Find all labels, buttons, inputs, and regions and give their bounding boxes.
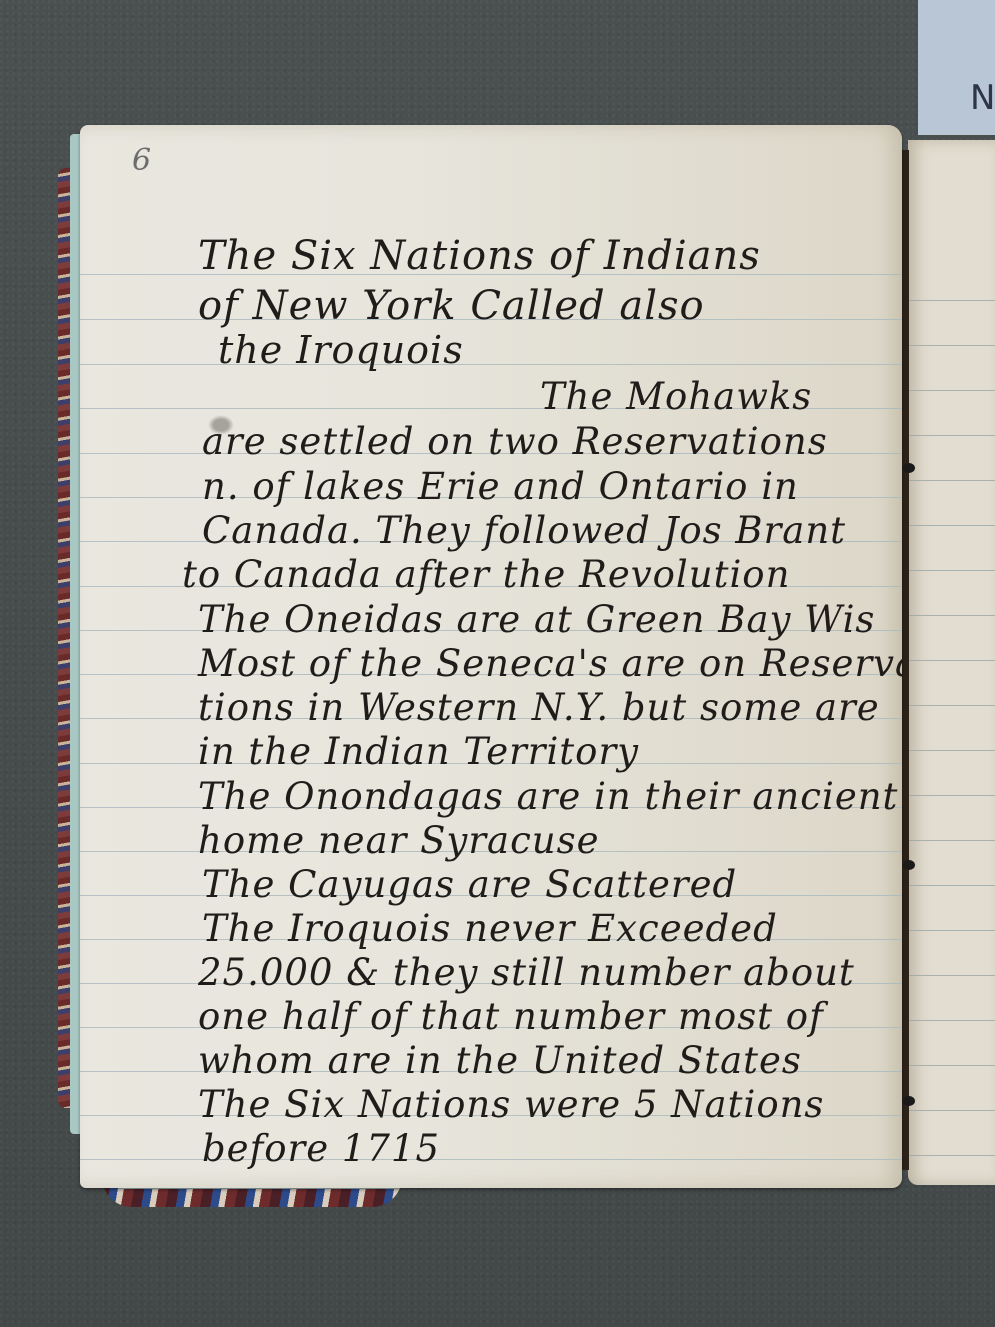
- handwritten-line: one half of that number most of: [198, 995, 824, 1038]
- handwritten-line: the Iroquois: [218, 328, 464, 372]
- handwritten-line: The Mohawks: [540, 375, 812, 418]
- handwritten-line: 25.000 & they still number about: [198, 951, 855, 994]
- handwritten-line: Canada. They followed Jos Brant: [202, 509, 846, 552]
- notebook-page-right: [908, 140, 995, 1185]
- handwritten-line: home near Syracuse: [198, 819, 600, 862]
- handwritten-line: whom are in the United States: [198, 1039, 802, 1082]
- binding-stitch: [903, 463, 915, 473]
- binding-stitch: [903, 860, 915, 870]
- index-card-label: N: [970, 78, 995, 118]
- handwritten-line: before 1715: [202, 1127, 440, 1170]
- notebook-gutter: [902, 150, 909, 1170]
- handwritten-line: The Iroquois never Exceeded: [202, 907, 778, 950]
- notebook-page-left: 6 The Six Nations of Indians of New York…: [80, 125, 902, 1188]
- handwritten-line: Most of the Seneca's are on Reserva-: [198, 642, 902, 685]
- handwritten-line: The Onondagas are in their ancient: [198, 775, 898, 818]
- handwritten-line: are settled on two Reservations: [202, 420, 828, 463]
- handwritten-line: The Six Nations of Indians: [198, 233, 761, 279]
- handwritten-line: to Canada after the Revolution: [182, 553, 790, 596]
- handwritten-line: in the Indian Territory: [198, 730, 639, 773]
- page-number: 6: [132, 143, 151, 178]
- handwritten-line: n. of lakes Erie and Ontario in: [202, 465, 799, 508]
- binding-stitch: [903, 1096, 915, 1106]
- handwritten-line: The Six Nations were 5 Nations: [198, 1083, 824, 1126]
- handwritten-line: The Oneidas are at Green Bay Wis: [198, 598, 875, 641]
- handwritten-line: The Cayugas are Scattered: [202, 863, 737, 906]
- handwritten-line: tions in Western N.Y. but some are: [198, 686, 880, 729]
- handwritten-line: of New York Called also: [198, 283, 705, 329]
